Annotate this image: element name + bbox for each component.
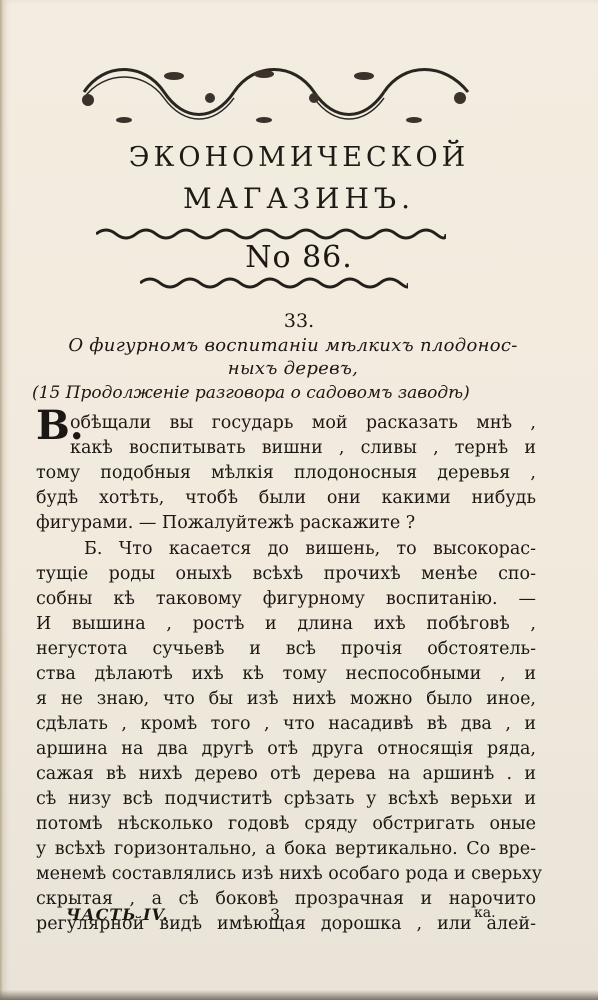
text-line: собны кѣ таковому фигурному воспитанію. … bbox=[36, 588, 536, 611]
text-line: сажая вѣ нихѣ дерево отѣ дерева на аршин… bbox=[36, 763, 536, 786]
catchword: ка. bbox=[474, 905, 496, 921]
text-line: обѣщали вы государь мой расказать мнѣ , bbox=[70, 412, 536, 435]
text-line: менемѣ составлялись изѣ нихѣ особаго род… bbox=[36, 863, 536, 886]
text-line: у всѣхѣ горизонтально, а бока вертикальн… bbox=[36, 838, 536, 861]
magazine-title-line2: МАГАЗИНЪ. bbox=[0, 182, 598, 215]
text-line: аршина на два другѣ отѣ друга относящія … bbox=[36, 738, 536, 761]
text-line: сдѣлать , кромѣ того , что насадивѣ вѣ д… bbox=[36, 713, 536, 736]
text-line: потомѣ нѣсколько годовѣ сряду обстригать… bbox=[36, 813, 536, 836]
scroll-rule-ornament-icon bbox=[140, 275, 408, 291]
text-line: Б. Что касается до вишень, то высокорас- bbox=[84, 538, 536, 561]
text-line: тому подобныя мѣлкія плодоносныя деревья… bbox=[36, 462, 536, 485]
article-heading: О фигурномъ воспитаніи мѣлкихъ плодонос- bbox=[28, 335, 558, 356]
book-page: ЭКОНОМИЧЕСКОЙ МАГАЗИНЪ. No 86. 33. О фиг… bbox=[0, 0, 598, 1000]
magazine-title-line1: ЭКОНОМИЧЕСКОЙ bbox=[0, 142, 598, 173]
article-subheading: (15 Продолженіе разговора о садовомъ зав… bbox=[32, 383, 560, 403]
text-line: тущіе роды оныхѣ всѣхѣ прочихѣ менѣе спо… bbox=[36, 563, 536, 586]
text-line: какѣ воспитывать вишни , сливы , тернѣ и bbox=[70, 437, 536, 460]
text-line: сѣ низу всѣ подчиститѣ срѣзать у всѣхѣ в… bbox=[36, 788, 536, 811]
floral-garland-ornament-icon bbox=[64, 62, 488, 132]
article-number: 33. bbox=[0, 310, 598, 332]
gathering-mark: 3 bbox=[270, 905, 280, 924]
text-line: И вышина , ростѣ и длина ихѣ побѣговѣ , bbox=[36, 613, 536, 636]
issue-number: No 86. bbox=[0, 240, 598, 275]
article-heading-cont: ныхъ деревъ, bbox=[28, 358, 558, 379]
text-line: негустота сучьевѣ и всѣ прочія обстоятел… bbox=[36, 638, 536, 661]
text-line: фигурами. — Пожалуйтежѣ раскажите ? bbox=[36, 512, 456, 535]
text-line: ства дѣлаютѣ ихѣ кѣ тому неспособными , … bbox=[36, 663, 536, 686]
signature-mark: ЧАСТЬ IV. bbox=[66, 905, 169, 924]
text-line: я не знаю, что бы изѣ нихѣ можно было ин… bbox=[36, 688, 536, 711]
text-line: будѣ хотѣть, чтобѣ были они какими нибуд… bbox=[36, 487, 536, 510]
